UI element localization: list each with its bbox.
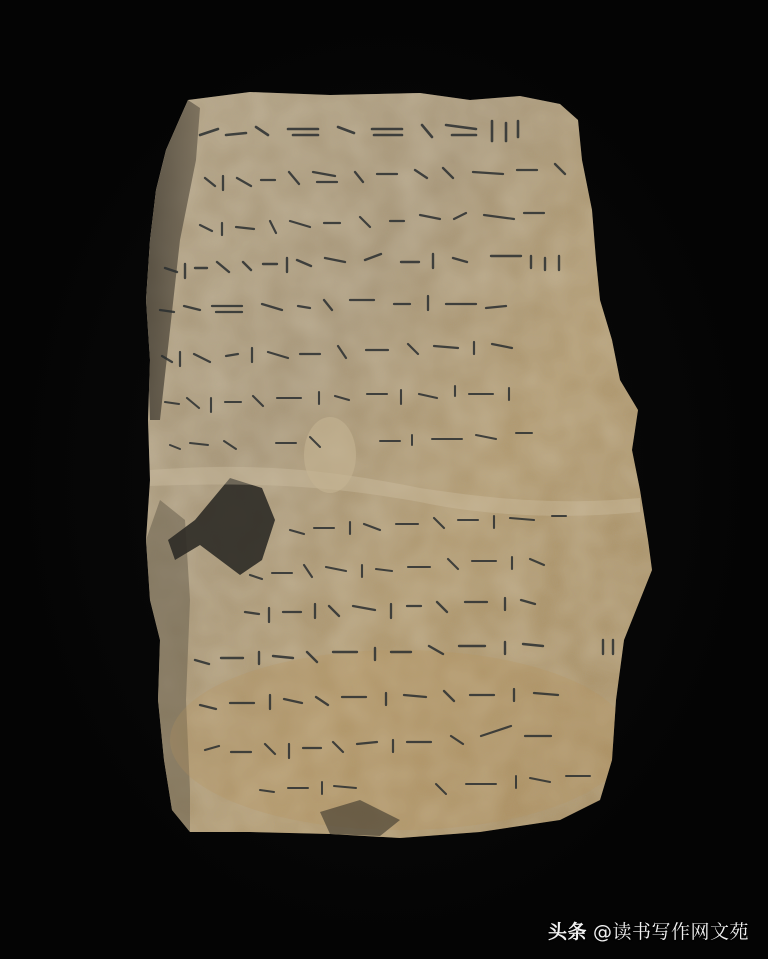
watermark: 头条@读书写作网文苑 <box>548 917 749 944</box>
watermark-handle: @读书写作网文苑 <box>593 921 749 943</box>
ostracon-stone <box>0 0 768 959</box>
photo-background <box>0 0 768 959</box>
watermark-brand: 头条 <box>548 921 587 943</box>
